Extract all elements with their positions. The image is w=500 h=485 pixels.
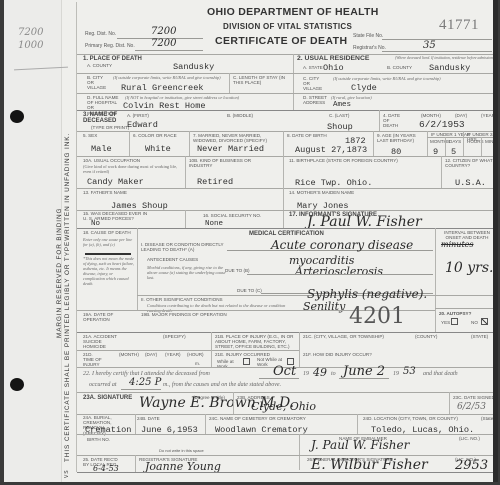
injury-time-label: 21d. TIME OF INJURY	[83, 352, 103, 368]
pencil-notation: 7200 1000	[18, 26, 43, 52]
scan-edge	[493, 0, 498, 482]
burial-date-label: 24b. DATE	[137, 416, 160, 421]
injury-county-label: (COUNTY)	[415, 334, 437, 339]
injury-time-hour: (Hour)	[187, 352, 204, 357]
punch-hole-icon	[10, 110, 24, 123]
registrar-no-label: Registrar's No.	[353, 46, 386, 51]
burial-location-label: 24d. LOCATION (City, town, or county)	[363, 416, 458, 421]
marital-field[interactable]: Never Married	[197, 144, 264, 154]
birthplace-label: 11. BIRTHPLACE (State or foreign country…	[289, 158, 398, 163]
autopsy-no-label: No	[471, 320, 478, 325]
due-to-b-label: DUE TO (b)	[225, 268, 250, 273]
autopsy-label: 20. AUTOPSY?	[439, 311, 471, 316]
injury-time-m: m.	[195, 361, 200, 366]
dob-label: 8. DATE OF BIRTH	[287, 133, 327, 138]
binding-margin-text: MARGIN RESERVED FOR BINDING	[56, 208, 63, 338]
embalmer-signature[interactable]: J. Paul W. Fisher	[311, 438, 409, 452]
res-city-field[interactable]: Clyde	[351, 83, 377, 93]
name-note: (Type or print)	[91, 125, 129, 130]
cert-to-label: to	[331, 372, 336, 377]
vs-mark: VS	[64, 470, 70, 478]
citizen-field[interactable]: U.S.A.	[455, 178, 486, 188]
certificate-title: CERTIFICATE OF DEATH	[215, 35, 347, 47]
dob-field[interactable]: August 27,1873	[295, 145, 367, 155]
birthplace-field[interactable]: Rice Twp. Ohio.	[295, 178, 372, 188]
injury-how-label: 21f. HOW DID INJURY OCCUR?	[303, 352, 372, 357]
while-work-checkbox[interactable]	[243, 358, 250, 365]
signature-label: 23a. SIGNATURE	[83, 395, 132, 401]
cause-instructions: Enter only one cause per line for (a), (…	[83, 237, 135, 247]
part1-label: I. DISEASE OR CONDITION DIRECTLY LEADING…	[141, 242, 231, 252]
state-file-label: State File No.	[353, 34, 383, 39]
cert-address-field[interactable]: Clyde, Ohio	[251, 400, 316, 413]
occupation-label: 10a. USUAL OCCUPATION	[83, 158, 140, 163]
interval-field[interactable]: 10 yrs.	[445, 260, 494, 276]
res-county-field[interactable]: Sandusky	[429, 63, 470, 73]
birth-no-label: BIRTH NO.	[87, 437, 110, 442]
res-state-label: a. STATE	[303, 65, 323, 70]
race-field[interactable]: White	[145, 144, 171, 154]
dept-title: OHIO DEPARTMENT OF HEALTH	[207, 6, 379, 18]
other-conditions-label: II. OTHER SIGNIFICANT CONDITIONS	[141, 297, 223, 302]
place-of-death-title: 1. PLACE OF DEATH	[83, 56, 142, 62]
cert-to-date[interactable]: June 2	[343, 364, 385, 379]
pencil-divider	[14, 67, 68, 71]
age-label: 9. AGE (In years last birthday)	[377, 133, 425, 143]
unfading-ink-text: THIS CERTIFICATE SHALL BE PRINTED LEGIBL…	[64, 133, 71, 462]
sex-field[interactable]: Male	[91, 144, 112, 154]
pencil-line-1: 7200	[18, 26, 43, 39]
pod-city-field[interactable]: Rural Greencreek	[121, 83, 204, 93]
age-days-label: Days	[449, 139, 461, 144]
state-file-value: 41771	[439, 17, 479, 34]
race-label: 6. COLOR OR RACE	[133, 133, 177, 138]
cert-text-d: m., from the causes and on the date stat…	[163, 383, 281, 388]
interval-struck: minutes	[441, 240, 474, 249]
res-city-note: (If outside corporate limits, write RURA…	[333, 76, 495, 81]
division-title: DIVISION OF VITAL STATISTICS	[223, 22, 352, 31]
due-to-c-label: DUE TO (c)	[237, 288, 262, 293]
name-label: 3. NAME OF DECEASED	[83, 112, 123, 125]
pod-county-field[interactable]: Sandusky	[173, 62, 214, 72]
industry-field[interactable]: Retired	[197, 177, 233, 187]
due-to-b-line2[interactable]: Arteriosclerosis	[295, 265, 383, 278]
primary-reg-label: Primary Reg. Dist. No.	[85, 44, 135, 49]
sex-label: 5. SEX	[83, 133, 97, 138]
autopsy-yes-checkbox[interactable]	[451, 318, 458, 325]
res-county-label: b. COUNTY	[387, 65, 412, 70]
dod-month-label: (Month)	[421, 113, 441, 118]
cert-text-b: and that death	[423, 372, 458, 377]
res-city-label: c. CITY OR VILLAGE	[303, 76, 325, 92]
mother-label: 14. MOTHER'S MAIDEN NAME	[289, 190, 354, 195]
injury-time-year: (Year)	[165, 352, 181, 357]
injury-location-label: 21c. (CITY, VILLAGE, OR TOWNSHIP)	[303, 334, 384, 339]
reg-dist-label: Reg. Dist. No.	[85, 32, 116, 37]
residence-title: 2. USUAL RESIDENCE	[297, 56, 369, 62]
citizen-label: 12. CITIZEN OF WHAT COUNTRY?	[445, 158, 495, 168]
autopsy-no-checkbox[interactable]	[481, 318, 488, 325]
res-street-label: d. STREET ADDRESS	[303, 95, 329, 105]
primary-reg-value: 7200	[151, 38, 176, 49]
pod-institution-note: (If NOT in hospital or institution, give…	[125, 95, 291, 100]
residence-title-note: (Where deceased lived. If institution, r…	[395, 56, 495, 61]
antecedent-note: Morbid conditions, if any, giving rise t…	[147, 265, 229, 280]
cause-label: 18. CAUSE OF DEATH	[83, 230, 131, 235]
middle-name-label: b. (Middle)	[227, 113, 253, 118]
autopsy-yes-label: Yes	[441, 320, 450, 325]
op-code: 4201	[349, 304, 405, 329]
cert-to-year[interactable]: 53	[403, 366, 416, 377]
certificate-form: OHIO DEPARTMENT OF HEALTH DIVISION OF VI…	[76, 2, 496, 472]
part1-field[interactable]: Acute coronary disease	[271, 238, 413, 252]
cert-from-year[interactable]: 49	[313, 366, 327, 379]
injury-state-label: (STATE)	[471, 334, 488, 339]
occupation-note: (Give kind of work done during most of w…	[83, 164, 183, 174]
date-signed-label: 23c. DATE SIGNED	[453, 395, 495, 400]
pod-city-note: (If outside corporate limits, write RURA…	[113, 75, 223, 80]
pod-county-label: a. COUNTY	[87, 63, 112, 68]
age-months-label: Months	[430, 139, 450, 144]
res-street-field[interactable]: Ames	[333, 101, 351, 109]
embalmer-lic-label: (LIC. NO.)	[459, 436, 480, 441]
pencil-line-2: 1000	[18, 39, 43, 52]
cert-year-prefix-2: 19	[393, 372, 399, 377]
punch-hole-icon	[10, 378, 24, 391]
injury-time-day: (Day)	[145, 352, 157, 357]
injury-type-label: 21a. ACCIDENT SUICIDE HOMICIDE	[83, 334, 123, 350]
cause-footnote: *This does not mean the mode of dying, s…	[83, 256, 135, 286]
cemetery-label: 24c. NAME OF CEMETERY OR CREMATORY	[209, 416, 306, 421]
do-not-write-note: Do not write in this space	[159, 448, 204, 453]
other-conditions-line2[interactable]: Senility	[303, 300, 345, 313]
pod-city-label: b. CITY OR VILLAGE	[87, 75, 109, 91]
certificate-page: 7200 1000 MARGIN RESERVED FOR BINDING TH…	[4, 0, 498, 482]
marital-label: 7. MARRIED, NEVER MARRIED, WIDOWED, DIVO…	[193, 133, 277, 143]
cert-from-month[interactable]: Oct	[273, 364, 296, 379]
cert-year-prefix-1: 19	[303, 372, 309, 377]
armed-forces-field[interactable]: No	[91, 220, 100, 228]
binding-margin: 7200 1000 MARGIN RESERVED FOR BINDING TH…	[4, 0, 62, 482]
cert-text-c: occurred at	[89, 383, 117, 388]
dod-label: 4. DATE OF DEATH	[383, 113, 405, 129]
occupation-field[interactable]: Candy Maker	[87, 177, 144, 187]
injury-place-label: 21b. PLACE OF INJURY (e.g., in or about …	[215, 334, 295, 350]
funeral-director-signature[interactable]: E. Wilbur Fisher	[311, 457, 428, 473]
injury-specify-label: (Specify)	[163, 334, 186, 339]
ssn-field[interactable]: None	[205, 220, 223, 228]
res-state-field[interactable]: Ohio	[323, 63, 344, 73]
reg-dist-value: 7200	[151, 26, 176, 37]
other-conditions-line1[interactable]: Syphylis (negative).	[307, 287, 427, 301]
last-name-label: c. (Last)	[329, 113, 349, 118]
op-findings-label: 19b. MAJOR FINDINGS OF OPERATION	[141, 312, 227, 317]
medical-cert-title: MEDICAL CERTIFICATION	[249, 231, 324, 237]
op-date-label: 19a. DATE OF OPERATION	[83, 312, 133, 322]
cert-time[interactable]: 4:25 P	[129, 377, 161, 388]
first-name-field[interactable]: Edward	[127, 120, 158, 130]
registrar-no-value: 35	[423, 40, 436, 51]
industry-label: 10b. KIND OF BUSINESS OR INDUSTRY	[189, 158, 275, 168]
funeral-lic-field[interactable]: 2953	[455, 458, 488, 473]
pod-stay-label: c. LENGTH OF STAY (in this place)	[233, 75, 291, 85]
date-signed-field[interactable]: 6/2/53	[457, 402, 486, 412]
dod-field[interactable]: 6/2/1953	[419, 119, 465, 130]
dod-day-label: (Day)	[455, 113, 467, 118]
res-street-note: (If rural, give location)	[331, 95, 372, 100]
first-name-label: a. (First)	[127, 113, 149, 118]
injury-time-month: (Month)	[119, 352, 139, 357]
father-label: 13. FATHER'S NAME	[83, 190, 127, 195]
interval-label: INTERVAL BETWEEN ONSET AND DEATH	[439, 230, 495, 240]
ssn-label: 16. SOCIAL SECURITY NO.	[203, 213, 261, 218]
antecedent-label: ANTECEDENT CAUSES	[147, 257, 198, 262]
